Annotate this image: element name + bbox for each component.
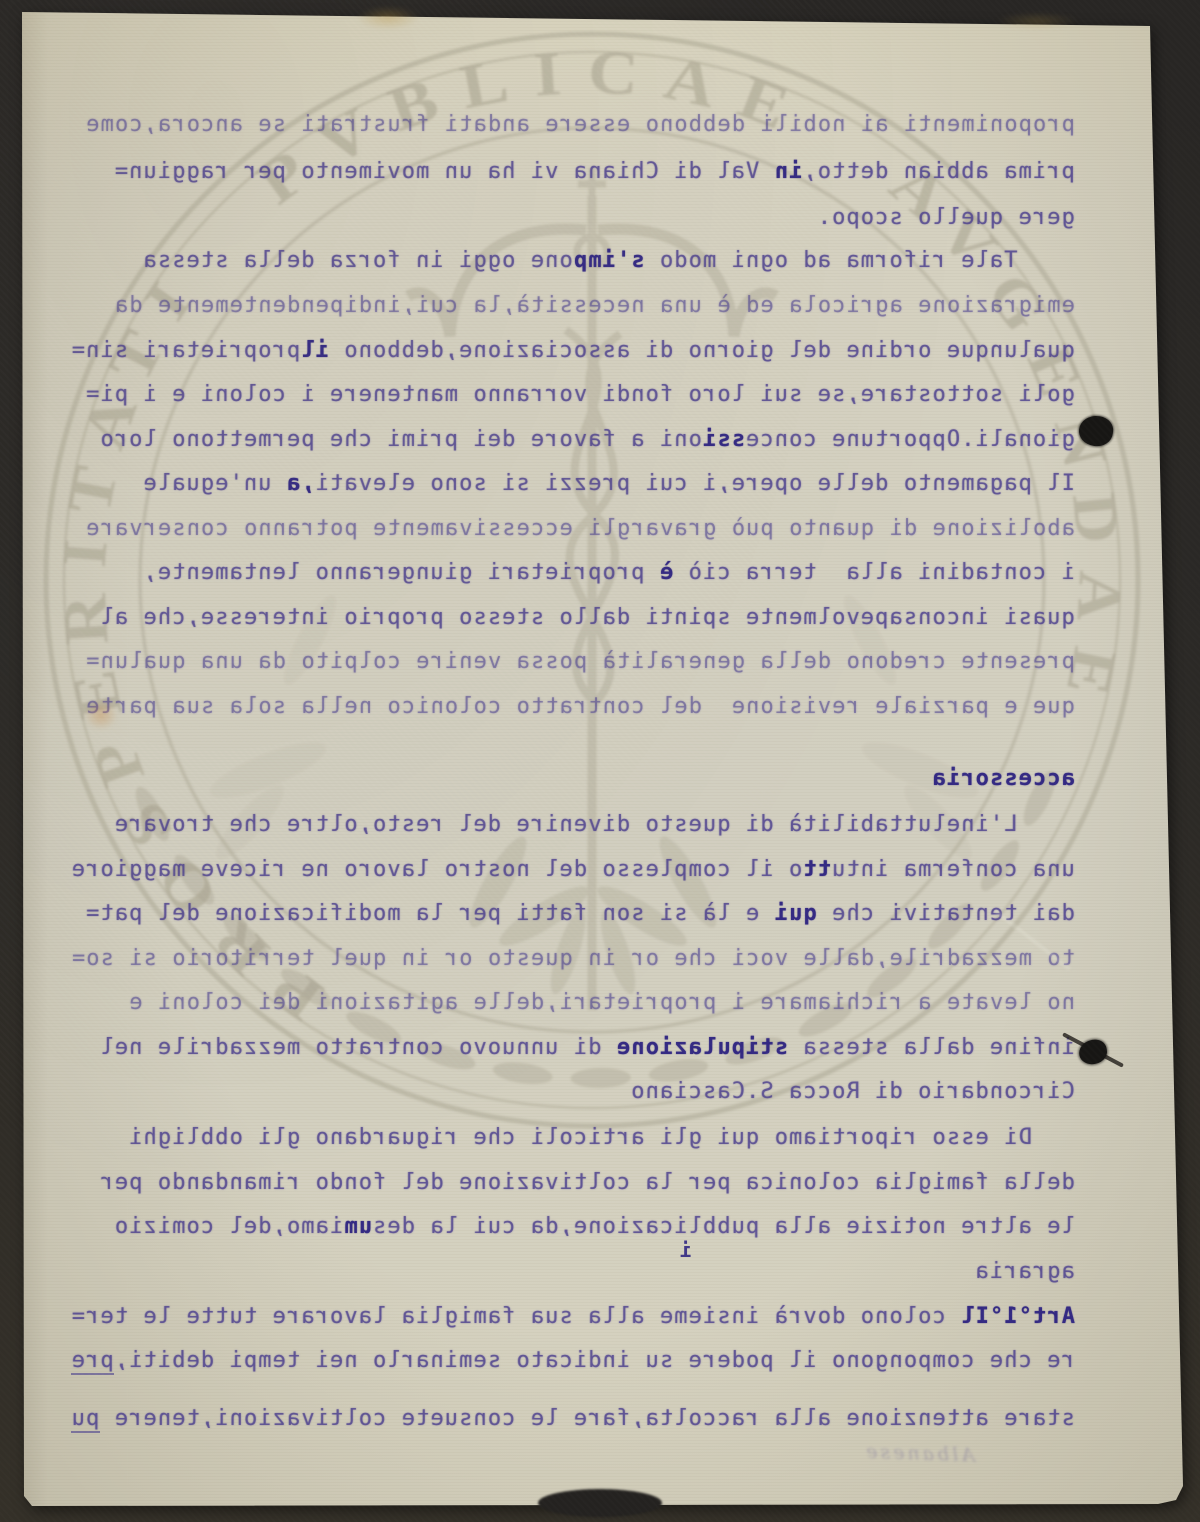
typed-line: Circondario di Rocca S.Casciano [630, 1079, 1075, 1105]
typed-line: L'ineluttabilità di questo divenire del … [114, 812, 1018, 838]
typed-line: que e parziale revisione del contratto c… [85, 694, 1075, 720]
typed-line: to mezzadrile,dalle voci che or in quest… [71, 946, 1075, 972]
typed-line: gere quello scopo. [817, 205, 1075, 231]
typed-line: i contadini alla terra ciò è proprietari… [143, 560, 1075, 586]
typed-line: no levate a richiamare i proprietari,del… [128, 990, 1075, 1016]
typed-line: stare attenzione alla raccolta,fare le c… [71, 1406, 1075, 1432]
typed-line: dai tentativi che qui e là si son fatti … [85, 901, 1075, 927]
typed-line: una conferma intutto il complesso del no… [71, 857, 1075, 883]
typed-line: della famiglia colonica per la coltivazi… [100, 1170, 1075, 1196]
typed-line: goli sottostare,se sui loro fondi vorran… [85, 382, 1075, 408]
typed-line: gionali.Opportune concessioni a favore d… [100, 427, 1075, 453]
typed-line: Il pagamento delle opere,i cui prezzi si… [143, 471, 1075, 497]
paper-edge-notch [538, 1489, 662, 1517]
typed-line: emigrazione agricola ed è una necessità,… [114, 293, 1075, 319]
typed-line: qualunque ordine del giorno di associazi… [71, 338, 1075, 364]
mirrored-bleedthrough-layer: proponimenti ai nobili debbono essere an… [0, 0, 1200, 1522]
typed-line: proponimenti ai nobili debbono essere an… [85, 112, 1075, 138]
typed-line: prima abbian detto,in Val di Chiana vi h… [114, 159, 1075, 185]
typed-line: abolizione di quanto può gravargli ecces… [85, 516, 1075, 542]
typed-line: presente credono della generalità possa … [85, 649, 1075, 675]
typed-line: Tale riforma ad ogni modo s'impone oggi … [143, 248, 1018, 274]
typed-line: le altre notizie alla pubblicazione,da c… [114, 1214, 1075, 1240]
typed-line: Di esso riportiamo qui gli articoli che … [128, 1125, 1032, 1151]
typed-line: quasi inconsapevolmente spinti dallo ste… [100, 605, 1075, 631]
photo-background: PROSPERITATI PVBLICAE AVGENDAE [0, 0, 1200, 1522]
typed-line: Art°1°Il colono dovrà insieme alla sua f… [71, 1304, 1075, 1330]
typed-line: re che compongono il podere su indicato … [71, 1348, 1075, 1374]
handwritten-note: Albanese [835, 1440, 976, 1467]
typed-line: accessoria [932, 766, 1075, 792]
typed-line: infine dalla stessa stipulazione di unnu… [100, 1035, 1076, 1061]
typed-line: agraria [975, 1259, 1075, 1285]
typed-correction-mark: i [680, 1238, 692, 1262]
